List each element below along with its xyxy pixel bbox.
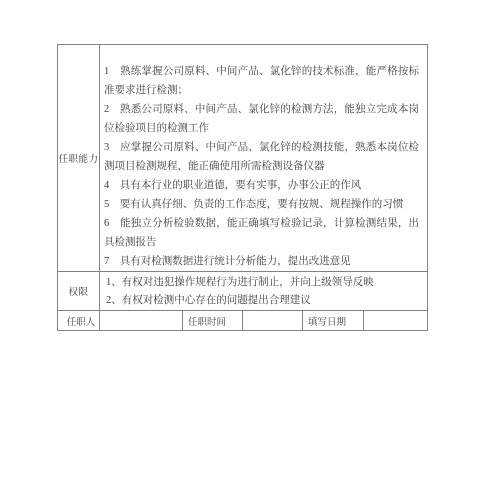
authority-item: 1、有权对违犯操作规程行为进行制止，并向上级领导反映 [106,274,419,292]
table-row-competency: 任职能力 1 熟练掌握公司原料、中间产品、氯化锌的技术标准，能严格按标准要求进行… [58,45,427,272]
competency-item: 5 要有认真仔细、负责的工作态度，要有按规、规程操作的习惯 [104,195,419,214]
table-row-footer: 任职人 任职时间 填写日期 [58,311,427,330]
job-description-table: 任职能力 1 熟练掌握公司原料、中间产品、氯化锌的技术标准，能严格按标准要求进行… [57,44,428,331]
authority-items-cell: 1、有权对违犯操作规程行为进行制止，并向上级领导反映 2、有权对检测中心存在的问… [100,272,427,310]
scanned-document-page: 任职能力 1 熟练掌握公司原料、中间产品、氯化锌的技术标准，能严格按标准要求进行… [0,0,480,480]
authority-item: 2、有权对检测中心存在的问题提出合理建议 [106,292,419,310]
competency-item: 4 具有本行业的职业道德，要有实事，办事公正的作风 [104,176,419,195]
footer-label-tenure-date: 任职时间 [183,311,243,330]
footer-value-fill-date [364,311,427,330]
footer-value-incumbent [100,311,183,330]
competency-item: 1 熟练掌握公司原料、中间产品、氯化锌的技术标准，能严格按标准要求进行检测； [104,62,419,100]
competency-item: 6 能独立分析检验数据，能正确填写检验记录，计算检测结果，出具检测报告 [104,214,419,252]
footer-label-incumbent: 任职人 [58,311,100,330]
footer-value-tenure-date [243,311,303,330]
competency-items-cell: 1 熟练掌握公司原料、中间产品、氯化锌的技术标准，能严格按标准要求进行检测； 2… [100,45,427,271]
row-label-competency: 任职能力 [58,45,100,271]
competency-item: 2 熟悉公司原料、中间产品、氯化锌的检测方法，能独立完成本岗位检验项目的检测工作 [104,100,419,138]
competency-item: 7 具有对检测数据进行统计分析能力，提出改进意见 [104,252,419,271]
footer-label-fill-date: 填写日期 [303,311,364,330]
table-row-authority: 权限 1、有权对违犯操作规程行为进行制止，并向上级领导反映 2、有权对检测中心存… [58,272,427,311]
competency-item: 3 应掌握公司原料、中间产品、氯化锌的检测技能，熟悉本岗位检测项目检测规程，能正… [104,138,419,176]
row-label-authority: 权限 [58,272,100,310]
